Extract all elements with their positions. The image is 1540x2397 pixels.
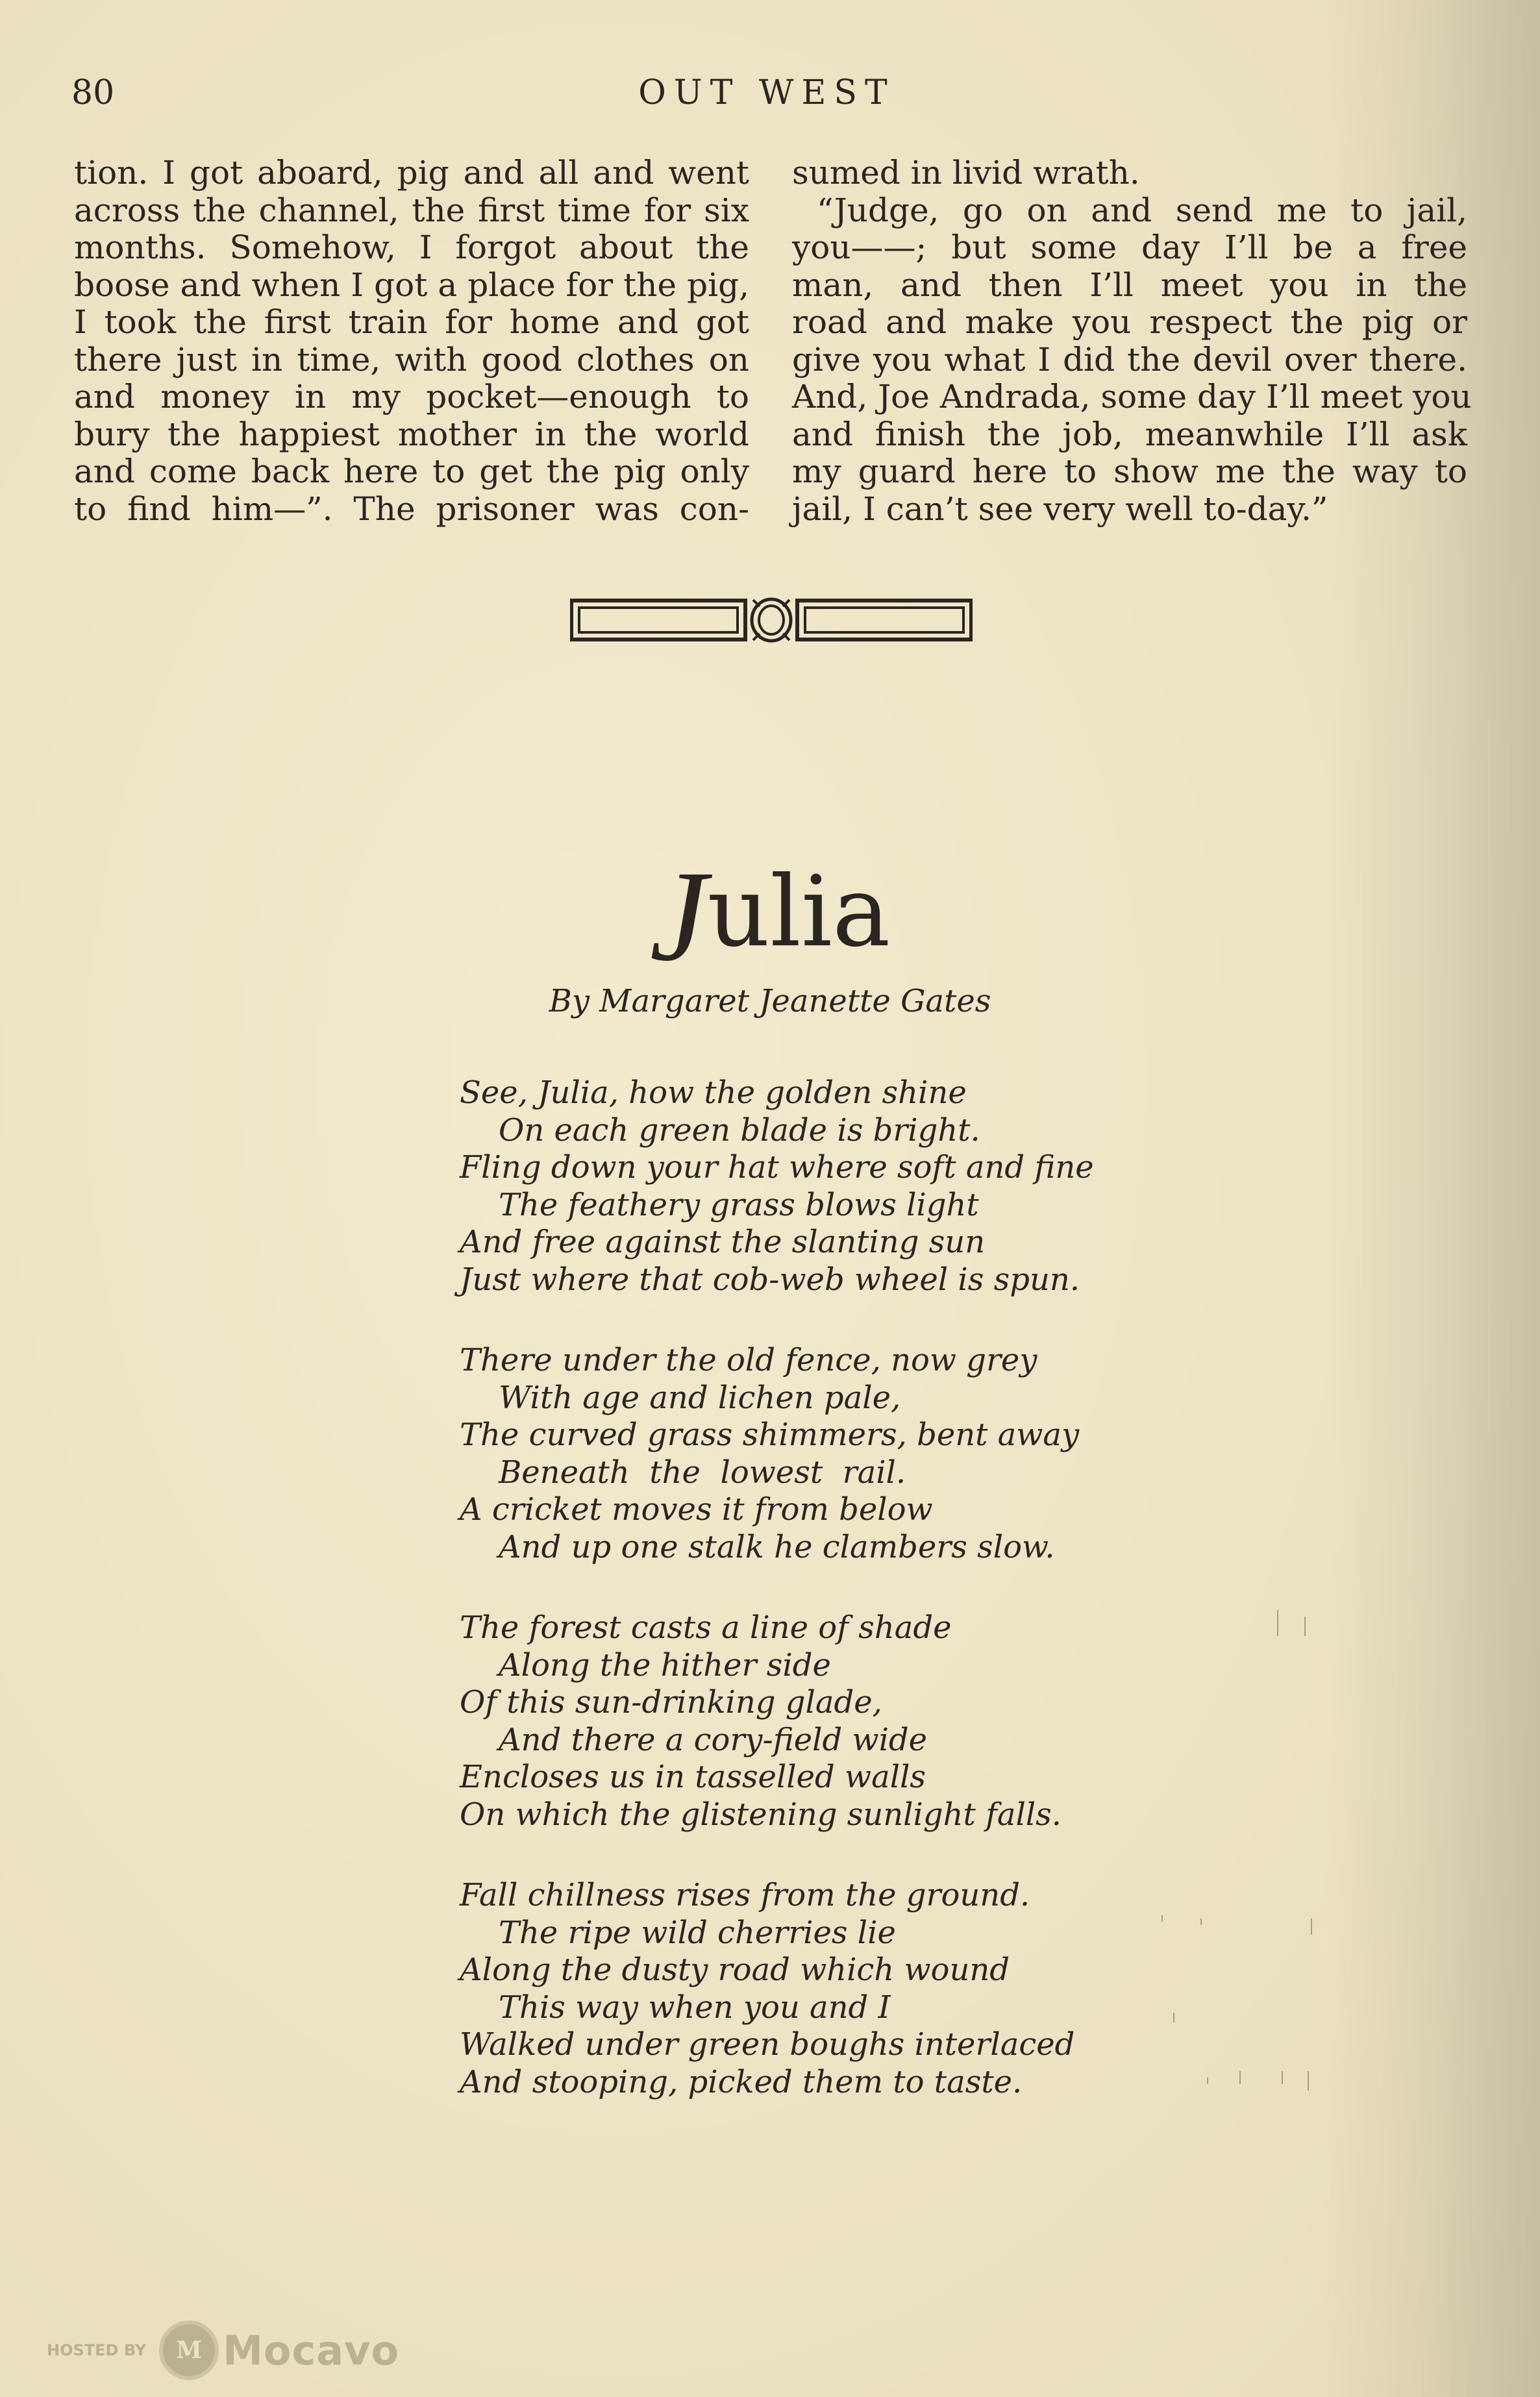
running-head: 80 OUT WEST bbox=[0, 70, 1540, 116]
text-line: jail, I can’t see very well to-day.” bbox=[792, 491, 1467, 528]
stanza-4: Fall chillness rises from the ground. Th… bbox=[460, 1877, 1174, 2101]
text-line: bury the happiest mother in the world bbox=[74, 416, 749, 454]
verse-line: And stooping, picked them to taste. bbox=[460, 2064, 1174, 2102]
hosted-by-label: HOSTED BY bbox=[47, 2341, 146, 2359]
verse-line: This way when you and I bbox=[460, 1989, 1174, 2027]
verse-line: Along the hither side bbox=[460, 1647, 1174, 1685]
verse-line: See, Julia, how the golden shine bbox=[460, 1074, 1174, 1112]
verse-line: Walked under green boughs interlaced bbox=[460, 2026, 1174, 2064]
hosted-by-mocavo-watermark: HOSTED BY M Mocavo bbox=[47, 2328, 399, 2373]
text-line: I took the first train for home and got bbox=[74, 304, 749, 342]
stanza-2: There under the old fence, now grey With… bbox=[460, 1342, 1174, 1566]
text-line: and come back here to get the pig only bbox=[74, 453, 749, 491]
verse-line: Just where that cob-web wheel is spun. bbox=[460, 1261, 1174, 1299]
text-line: “Judge, go on and send me to jail, bbox=[792, 192, 1467, 230]
text-line: months. Somehow, I forgot about the bbox=[74, 229, 749, 267]
verse-line: Fling down your hat where soft and fine bbox=[460, 1149, 1174, 1187]
text-line: give you what I did the devil over there… bbox=[792, 342, 1467, 379]
stanza-1: See, Julia, how the golden shine On each… bbox=[460, 1074, 1174, 1298]
text-line: sumed in livid wrath. bbox=[792, 155, 1467, 192]
poem-title: Julia bbox=[650, 838, 891, 977]
verse-line: The ripe wild cherries lie bbox=[460, 1915, 1174, 1952]
poem-title-initial: J bbox=[650, 852, 708, 982]
verse-line: The forest casts a line of shade bbox=[460, 1609, 1174, 1647]
verse-line: And there a cory-field wide bbox=[460, 1722, 1174, 1759]
poem-byline: By Margaret Jeanette Gates bbox=[0, 982, 1540, 1021]
verse-line: The feathery grass blows light bbox=[460, 1187, 1174, 1224]
section-divider-ornament-icon bbox=[570, 597, 973, 644]
text-line: man, and then I’ll meet you in the bbox=[792, 267, 1467, 304]
verse-line: The curved grass shimmers, bent away bbox=[460, 1417, 1174, 1454]
left-column-text: tion. I got aboard, pig and all and went… bbox=[74, 155, 749, 528]
verse-line: Fall chillness rises from the ground. bbox=[460, 1877, 1174, 1915]
verse-line: Along the dusty road which wound bbox=[460, 1952, 1174, 1989]
text-line: you——; but some day I’ll be a free bbox=[792, 229, 1467, 267]
page-number: 80 bbox=[71, 70, 114, 116]
text-line: there just in time, with good clothes on bbox=[74, 342, 749, 379]
poem-body: See, Julia, how the golden shine On each… bbox=[460, 1074, 1174, 2101]
verse-line: There under the old fence, now grey bbox=[460, 1342, 1174, 1380]
right-column-text: sumed in livid wrath. “Judge, go on and … bbox=[792, 155, 1467, 528]
mocavo-logo-icon: M bbox=[163, 2324, 215, 2376]
poem-title-rest: ulia bbox=[707, 856, 890, 969]
text-line: tion. I got aboard, pig and all and went bbox=[74, 155, 749, 192]
verse-line: Encloses us in tasselled walls bbox=[460, 1759, 1174, 1796]
verse-line: Beneath the lowest rail. bbox=[460, 1454, 1174, 1492]
text-line: across the channel, the first time for s… bbox=[74, 192, 749, 230]
verse-line: And up one stalk he clambers slow. bbox=[460, 1529, 1174, 1567]
text-line: to find him—”. The prisoner was con- bbox=[74, 491, 749, 528]
text-line: And, Joe Andrada, some day I’ll meet you bbox=[792, 379, 1467, 416]
text-line: my guard here to show me the way to bbox=[792, 453, 1467, 491]
text-line: and finish the job, meanwhile I’ll ask bbox=[792, 416, 1467, 454]
stanza-3: The forest casts a line of shade Along t… bbox=[460, 1609, 1174, 1833]
verse-line: And free against the slanting sun bbox=[460, 1224, 1174, 1261]
verse-line: With age and lichen pale, bbox=[460, 1380, 1174, 1417]
verse-line: Of this sun-drinking glade, bbox=[460, 1684, 1174, 1722]
verse-line: On which the glistening sunlight falls. bbox=[460, 1796, 1174, 1834]
paper-specks-decoration bbox=[1143, 1597, 1350, 2117]
text-line: boose and when I got a place for the pig… bbox=[74, 267, 749, 304]
verse-line: A cricket moves it from below bbox=[460, 1491, 1174, 1529]
verse-line: On each green blade is bright. bbox=[460, 1112, 1174, 1150]
journal-title: OUT WEST bbox=[627, 70, 906, 116]
mocavo-brand-name: Mocavo bbox=[223, 2327, 399, 2374]
text-line: road and make you respect the pig or bbox=[792, 304, 1467, 342]
poem-title-block: Julia bbox=[0, 838, 1540, 977]
logo-letter: M bbox=[176, 2337, 202, 2364]
text-line: and money in my pocket—enough to bbox=[74, 379, 749, 416]
